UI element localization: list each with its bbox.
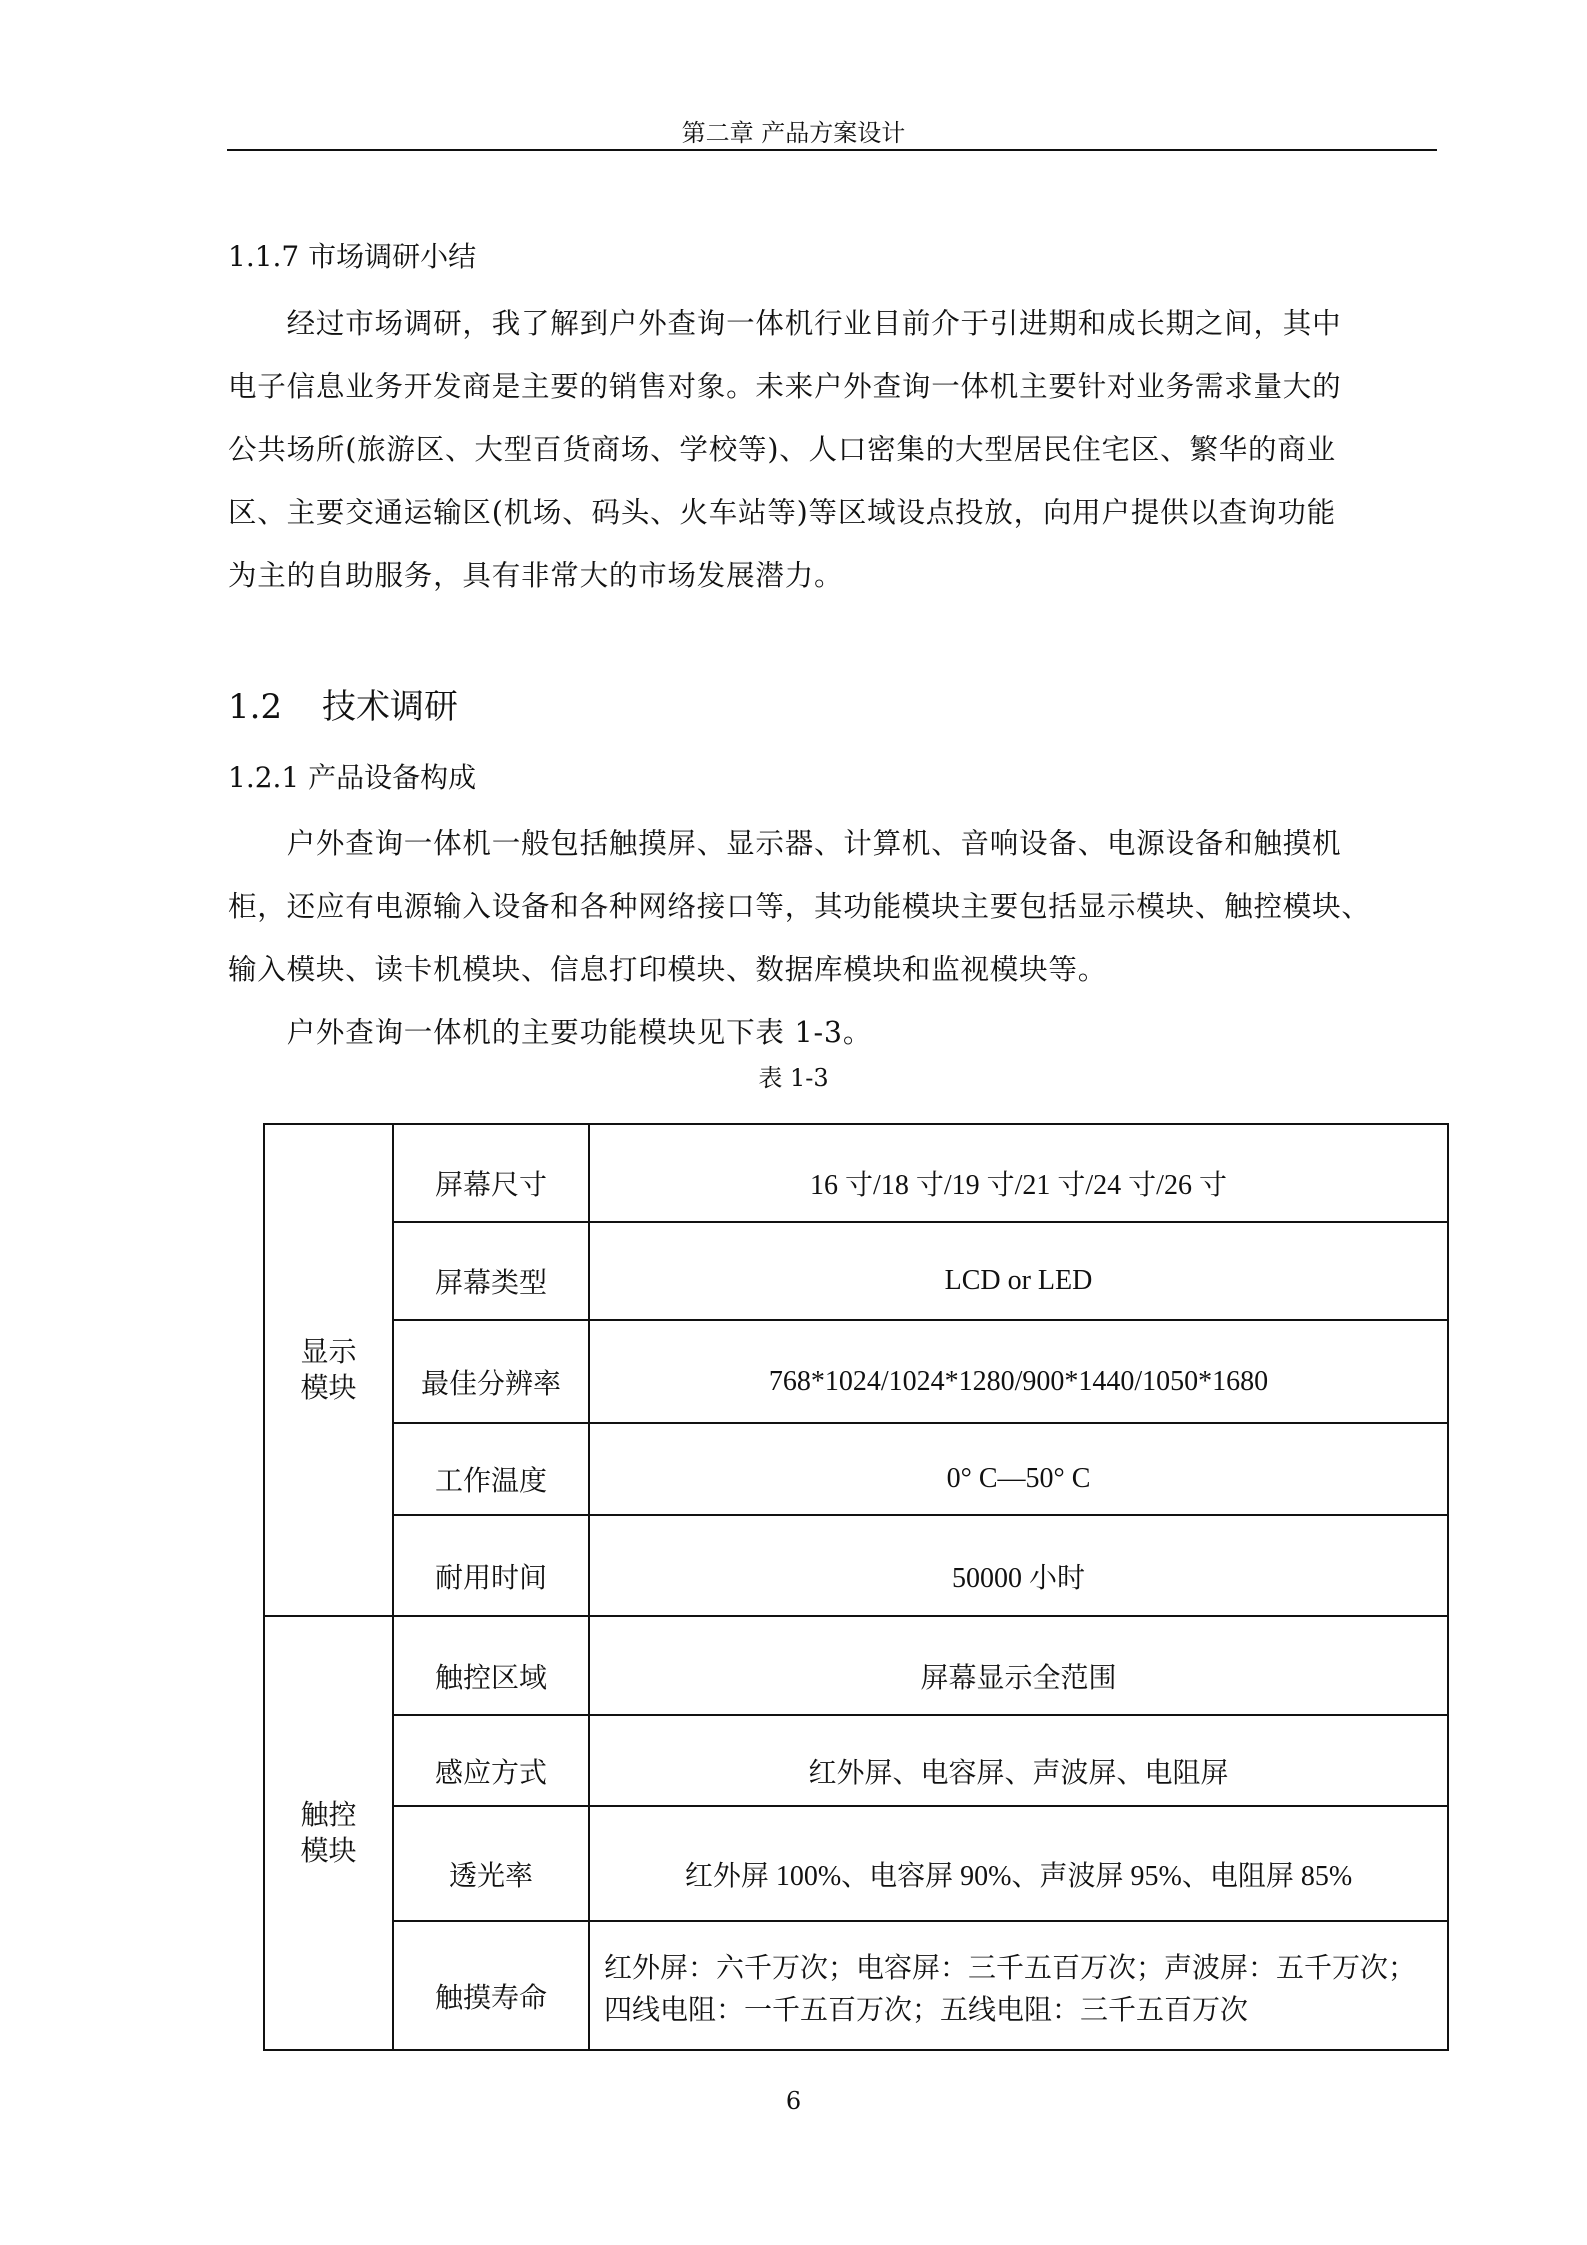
function-module-table: 显示 模块 屏幕尺寸 16 寸/18 寸/19 寸/21 寸/24 寸/26 寸…	[263, 1123, 1449, 2051]
table-row: 感应方式 红外屏、电容屏、声波屏、电阻屏	[264, 1715, 1448, 1806]
param-cell: 感应方式	[393, 1715, 589, 1806]
section-heading-1-2-1: 1.2.1 产品设备构成	[228, 760, 476, 796]
param-cell: 最佳分辨率	[393, 1320, 589, 1423]
header-divider	[227, 149, 1437, 151]
table-row: 耐用时间 50000 小时	[264, 1515, 1448, 1616]
paragraph-line: 户外查询一体机一般包括触摸屏、显示器、计算机、音响设备、电源设备和触摸机	[228, 812, 1440, 875]
table-caption: 表 1-3	[0, 1063, 1587, 1093]
running-header-title: 第二章 产品方案设计	[0, 118, 1587, 148]
paragraph-line: 输入模块、读卡机模块、信息打印模块、数据库模块和监视模块等。	[228, 938, 1440, 1001]
table-row: 触摸寿命 红外屏：六千万次；电容屏：三千五百万次；声波屏：五千万次；四线电阻：一…	[264, 1921, 1448, 2050]
table-row: 工作温度 0° C—50° C	[264, 1423, 1448, 1515]
param-cell: 屏幕尺寸	[393, 1124, 589, 1222]
table-row: 显示 模块 屏幕尺寸 16 寸/18 寸/19 寸/21 寸/24 寸/26 寸	[264, 1124, 1448, 1222]
table-row: 透光率 红外屏 100%、电容屏 90%、声波屏 95%、电阻屏 85%	[264, 1806, 1448, 1921]
value-cell: 0° C—50° C	[589, 1423, 1448, 1515]
param-cell: 透光率	[393, 1806, 589, 1921]
paragraph-line: 柜，还应有电源输入设备和各种网络接口等，其功能模块主要包括显示模块、触控模块、	[228, 875, 1440, 938]
section-number: 1.2	[228, 686, 322, 728]
paragraph-line: 为主的自助服务，具有非常大的市场发展潜力。	[228, 544, 1440, 607]
value-cell: 屏幕显示全范围	[589, 1616, 1448, 1715]
value-cell: 红外屏 100%、电容屏 90%、声波屏 95%、电阻屏 85%	[589, 1806, 1448, 1921]
value-cell: LCD or LED	[589, 1222, 1448, 1320]
value-cell: 红外屏：六千万次；电容屏：三千五百万次；声波屏：五千万次；四线电阻：一千五百万次…	[589, 1921, 1448, 2050]
group-label-touch: 触控 模块	[264, 1616, 393, 2050]
value-cell: 768*1024/1024*1280/900*1440/1050*1680	[589, 1320, 1448, 1423]
group-label-display: 显示 模块	[264, 1124, 393, 1616]
paragraph-line: 公共场所(旅游区、大型百货商场、学校等)、人口密集的大型居民住宅区、繁华的商业	[228, 418, 1440, 481]
section-title: 技术调研	[322, 687, 458, 727]
param-cell: 屏幕类型	[393, 1222, 589, 1320]
device-composition-paragraph: 户外查询一体机一般包括触摸屏、显示器、计算机、音响设备、电源设备和触摸机 柜，还…	[228, 812, 1440, 1064]
paragraph-line: 经过市场调研，我了解到户外查询一体机行业目前介于引进期和成长期之间，其中	[228, 292, 1440, 355]
page-number: 6	[0, 2087, 1587, 2115]
paragraph-line: 电子信息业务开发商是主要的销售对象。未来户外查询一体机主要针对业务需求量大的	[228, 355, 1440, 418]
param-cell: 工作温度	[393, 1423, 589, 1515]
table-row: 最佳分辨率 768*1024/1024*1280/900*1440/1050*1…	[264, 1320, 1448, 1423]
param-cell: 触摸寿命	[393, 1921, 589, 2050]
paragraph-line: 户外查询一体机的主要功能模块见下表 1-3。	[228, 1001, 1440, 1064]
value-cell: 红外屏、电容屏、声波屏、电阻屏	[589, 1715, 1448, 1806]
table-row: 屏幕类型 LCD or LED	[264, 1222, 1448, 1320]
market-summary-paragraph: 经过市场调研，我了解到户外查询一体机行业目前介于引进期和成长期之间，其中 电子信…	[228, 292, 1440, 607]
section-heading-1-2: 1.2技术调研	[228, 686, 458, 728]
paragraph-line: 区、主要交通运输区(机场、码头、火车站等)等区域设点投放，向用户提供以查询功能	[228, 481, 1440, 544]
param-cell: 耐用时间	[393, 1515, 589, 1616]
table-row: 触控 模块 触控区域 屏幕显示全范围	[264, 1616, 1448, 1715]
param-cell: 触控区域	[393, 1616, 589, 1715]
value-cell: 16 寸/18 寸/19 寸/21 寸/24 寸/26 寸	[589, 1124, 1448, 1222]
section-heading-1-1-7: 1.1.7 市场调研小结	[228, 239, 476, 275]
value-cell: 50000 小时	[589, 1515, 1448, 1616]
